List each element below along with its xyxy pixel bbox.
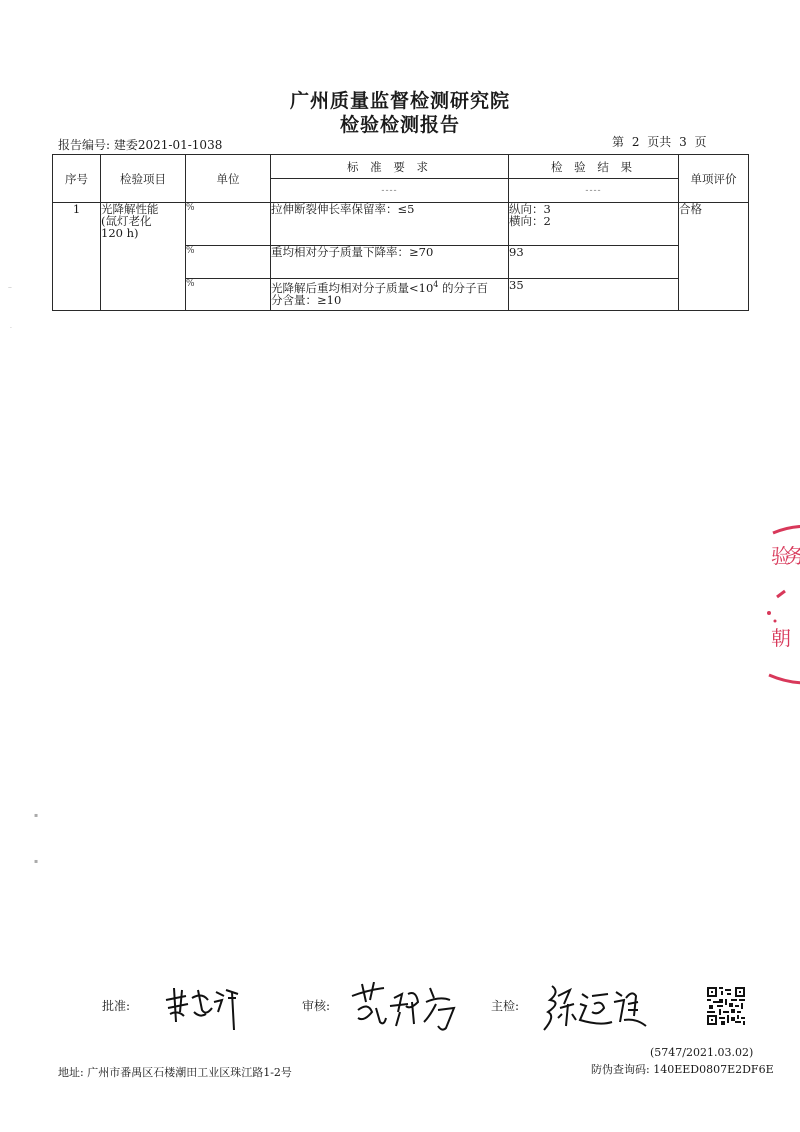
scan-mark: ▪ xyxy=(34,858,38,865)
subheader-result-placeholder: ---- xyxy=(509,179,679,203)
scan-mark: · xyxy=(10,325,12,332)
item-line: 120 h) xyxy=(101,227,185,239)
address-label: 地址: xyxy=(58,1066,84,1079)
subheader-standard-placeholder: ---- xyxy=(271,179,509,203)
inspector-label: 主检: xyxy=(491,997,519,1014)
col-header-result: 检 验 结 果 xyxy=(509,155,679,179)
anti-counterfeit-label: 防伪查询码: xyxy=(591,1063,650,1076)
report-number: 报告编号: 建委2021-01-1038 xyxy=(58,136,222,153)
col-header-standard: 标 准 要 求 xyxy=(271,155,509,179)
inspector-signature xyxy=(540,982,650,1038)
results-table: 序号 检验项目 单位 标 准 要 求 检 验 结 果 单项评价 ---- ---… xyxy=(52,154,749,311)
cell-seq: 1 xyxy=(53,203,101,311)
cell-item: 光降解性能 (氙灯老化 120 h) xyxy=(101,203,186,311)
table-row: 1 光降解性能 (氙灯老化 120 h) % 拉伸断裂伸长率保留率：≤5 纵向：… xyxy=(53,203,749,246)
review-signature xyxy=(350,982,460,1038)
handwritten-signature-icon xyxy=(540,982,650,1034)
cell-unit: % xyxy=(186,246,271,279)
col-header-seq: 序号 xyxy=(53,155,101,203)
scan-mark: ▪ xyxy=(34,812,38,819)
scan-mark: ‒ xyxy=(8,284,12,291)
address: 地址: 广州市番禺区石楼潮田工业区珠江路1-2号 xyxy=(58,1064,292,1080)
cell-standard: 光降解后重均相对分子质量<104 的分子百 分含量：≥10 xyxy=(271,279,509,311)
col-header-evaluation: 单项评价 xyxy=(679,155,749,203)
handwritten-signature-icon xyxy=(162,982,242,1034)
handwritten-signature-icon xyxy=(350,982,460,1034)
col-header-unit: 单位 xyxy=(186,155,271,203)
cell-result: 纵向：3 横向：2 xyxy=(509,203,679,246)
approve-signature xyxy=(162,982,242,1038)
cell-standard: 拉伸断裂伸长率保留率：≤5 xyxy=(271,203,509,246)
cell-standard: 重均相对分子质量下降率：≥70 xyxy=(271,246,509,279)
page-indicator: 第 2 页共 3 页 xyxy=(612,133,707,150)
cell-evaluation: 合格 xyxy=(679,203,749,311)
cell-unit: % xyxy=(186,203,271,246)
standard-line: 光降解后重均相对分子质量<104 的分子百 xyxy=(271,279,508,294)
cell-result: 93 xyxy=(509,246,679,279)
standard-line: 分含量：≥10 xyxy=(271,294,508,306)
cell-result: 35 xyxy=(509,279,679,311)
institute-name: 广州质量监督检测研究院 xyxy=(0,86,800,113)
seal-icon: 验 务 朝 xyxy=(755,525,800,685)
report-number-label: 报告编号: xyxy=(58,138,110,152)
official-seal: 验 务 朝 xyxy=(755,525,800,685)
svg-text:朝: 朝 xyxy=(771,626,791,650)
svg-text:务: 务 xyxy=(785,544,800,568)
approve-label: 批准: xyxy=(102,997,130,1014)
address-value: 广州市番禺区石楼潮田工业区珠江路1-2号 xyxy=(87,1066,292,1079)
table-header-row: 序号 检验项目 单位 标 准 要 求 检 验 结 果 单项评价 xyxy=(53,155,749,179)
qr-code-icon xyxy=(707,987,745,1025)
review-label: 审核: xyxy=(302,997,330,1014)
anti-counterfeit-code: 防伪查询码: 140EED0807E2DF6E xyxy=(591,1061,774,1077)
report-number-value: 建委2021-01-1038 xyxy=(114,138,222,152)
anti-counterfeit-value: 140EED0807E2DF6E xyxy=(653,1063,773,1076)
result-line: 横向：2 xyxy=(509,215,678,227)
col-header-item: 检验项目 xyxy=(101,155,186,203)
form-code: (5747/2021.03.02) xyxy=(650,1046,753,1059)
cell-unit: % xyxy=(186,279,271,311)
